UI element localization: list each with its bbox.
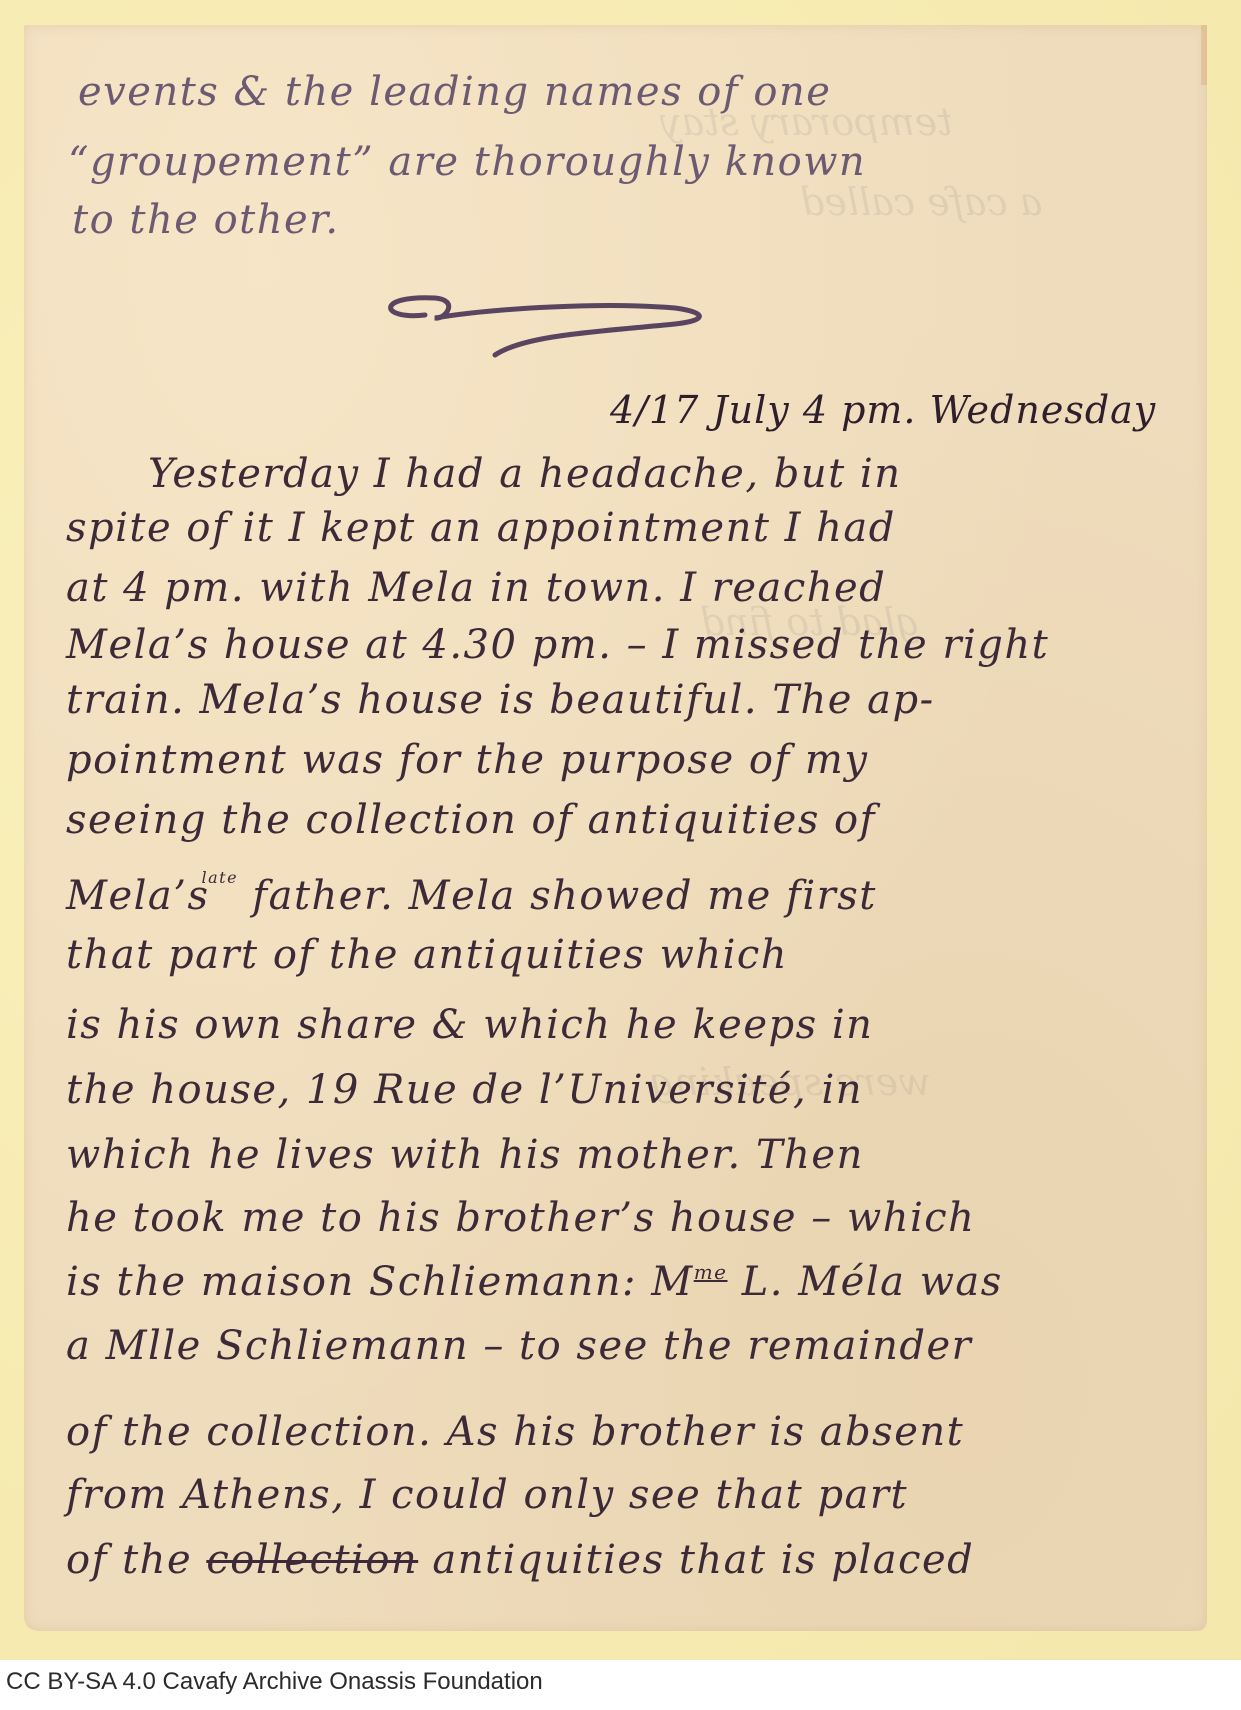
section-divider-flourish [375,290,760,360]
text-line: of the collection antiquities that is pl… [66,1540,974,1580]
text-fragment: antiquities that is placed [432,1537,974,1583]
superscript-mme: me [694,1260,728,1284]
text-line: of the collection. As his brother is abs… [66,1412,964,1452]
insertion-late: late [202,868,239,887]
text-line: pointment was for the purpose of my [66,740,868,780]
text-line: which he lives with his mother. Then [66,1135,864,1175]
text-line: spite of it I kept an appointment I had [66,508,896,548]
text-line: Yesterday I had a headache, but in [148,454,901,494]
text-line: is his own share & which he keeps in [66,1005,873,1045]
text-line: events & the leading names of one [78,72,831,112]
text-line: “groupement” are thoroughly known [68,142,866,182]
bleed-through-text: a cafe called [800,180,1042,224]
text-line: a Mlle Schliemann – to see the remainder [66,1326,972,1366]
text-fragment: L. Méla was [742,1259,1003,1305]
text-fragment: father. Mela showed me first [252,873,877,919]
text-line: Mela’slate father. Mela showed me first [66,870,877,916]
text-line: to the other. [72,200,340,240]
text-line: train. Mela’s house is beautiful. The ap… [66,680,935,720]
text-line: at 4 pm. with Mela in town. I reached [66,568,886,608]
struck-word: collection [206,1537,418,1583]
text-fragment: of the [66,1537,192,1583]
license-credit: CC BY-SA 4.0 Cavafy Archive Onassis Foun… [6,1668,543,1696]
text-line: from Athens, I could only see that part [66,1475,908,1515]
text-line: Mela’s house at 4.30 pm. – I missed the … [66,625,1049,665]
entry-date-heading: 4/17 July 4 pm. Wednesday [610,388,1156,432]
text-line: that part of the antiquities which [66,935,788,975]
text-line-content: at 4 pm. with Mela in town. I reached [66,565,886,611]
text-fragment: Mela’s [66,873,210,919]
text-line: seeing the collection of antiquities of [66,800,876,840]
text-fragment: is the maison Schliemann: M [66,1259,694,1305]
text-line: he took me to his brother’s house – whic… [66,1198,975,1238]
text-line: is the maison Schliemann: Mme L. Méla wa… [66,1262,1003,1302]
text-line: the house, 19 Rue de l’Université, in [66,1070,863,1110]
